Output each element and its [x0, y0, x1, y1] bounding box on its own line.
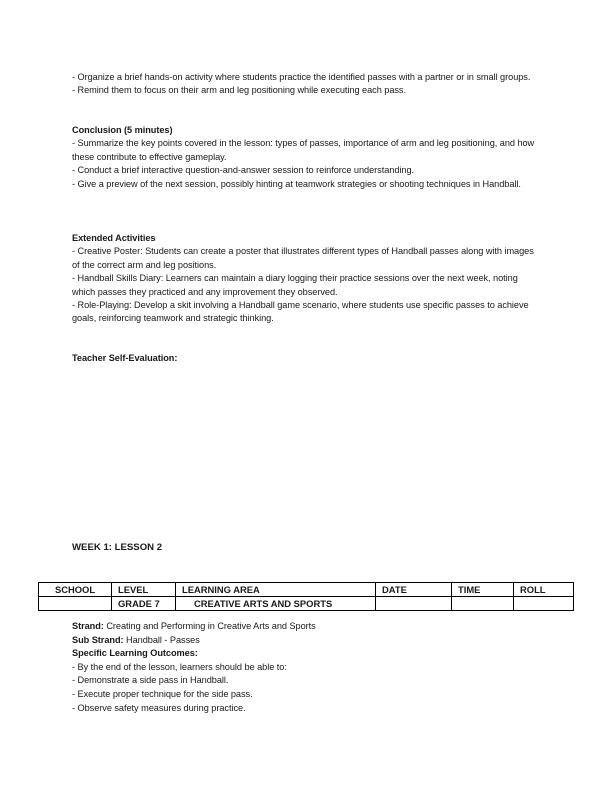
strand-label: Strand:	[72, 621, 104, 631]
conclusion-heading: Conclusion (5 minutes)	[72, 124, 542, 137]
header-roll: ROLL	[514, 583, 574, 597]
cell-time	[452, 597, 514, 611]
sub-strand-value: Handball - Passes	[126, 635, 200, 645]
header-time: TIME	[452, 583, 514, 597]
cell-level: GRADE 7	[112, 597, 176, 611]
activity-section: - Organize a brief hands-on activity whe…	[72, 71, 542, 98]
strand-value: Creating and Performing in Creative Arts…	[106, 621, 315, 631]
table-row: GRADE 7 CREATIVE ARTS AND SPORTS	[39, 597, 574, 611]
conclusion-line: - Give a preview of the next session, po…	[72, 178, 542, 191]
outcome-line: - Demonstrate a side pass in Handball.	[72, 674, 472, 688]
conclusion-line: - Summarize the key points covered in th…	[72, 137, 542, 164]
table-header-row: SCHOOL LEVEL LEARNING AREA DATE TIME ROL…	[39, 583, 574, 597]
outcome-line: - Execute proper technique for the side …	[72, 688, 472, 702]
extended-activity-line: - Creative Poster: Students can create a…	[72, 245, 542, 272]
sub-strand-line: Sub Strand: Handball - Passes	[72, 634, 472, 648]
cell-date	[376, 597, 452, 611]
cell-roll	[514, 597, 574, 611]
extended-activities-section: Extended Activities - Creative Poster: S…	[72, 232, 542, 326]
week-lesson-title: WEEK 1: LESSON 2	[72, 542, 162, 553]
outcome-line: - By the end of the lesson, learners sho…	[72, 661, 472, 675]
activity-line: - Organize a brief hands-on activity whe…	[72, 71, 542, 84]
cell-school	[39, 597, 112, 611]
conclusion-line: - Conduct a brief interactive question-a…	[72, 164, 542, 177]
outcome-line: - Observe safety measures during practic…	[72, 702, 472, 716]
activity-line: - Remind them to focus on their arm and …	[72, 84, 542, 97]
header-school: SCHOOL	[39, 583, 112, 597]
header-learning-area: LEARNING AREA	[176, 583, 376, 597]
header-date: DATE	[376, 583, 452, 597]
conclusion-section: Conclusion (5 minutes) - Summarize the k…	[72, 124, 542, 191]
lesson-info-table: SCHOOL LEVEL LEARNING AREA DATE TIME ROL…	[38, 582, 574, 611]
sub-strand-label: Sub Strand:	[72, 635, 124, 645]
learning-outcomes-section: Strand: Creating and Performing in Creat…	[72, 620, 472, 715]
document-page: - Organize a brief hands-on activity whe…	[0, 0, 612, 792]
strand-line: Strand: Creating and Performing in Creat…	[72, 620, 472, 634]
extended-activities-heading: Extended Activities	[72, 232, 542, 245]
header-level: LEVEL	[112, 583, 176, 597]
extended-activity-line: - Handball Skills Diary: Learners can ma…	[72, 272, 542, 299]
self-evaluation-section: Teacher Self-Evaluation:	[72, 352, 542, 365]
self-evaluation-heading: Teacher Self-Evaluation:	[72, 352, 542, 365]
extended-activity-line: - Role-Playing: Develop a skit involving…	[72, 299, 542, 326]
slo-heading: Specific Learning Outcomes:	[72, 647, 472, 661]
cell-learning-area: CREATIVE ARTS AND SPORTS	[176, 597, 376, 611]
